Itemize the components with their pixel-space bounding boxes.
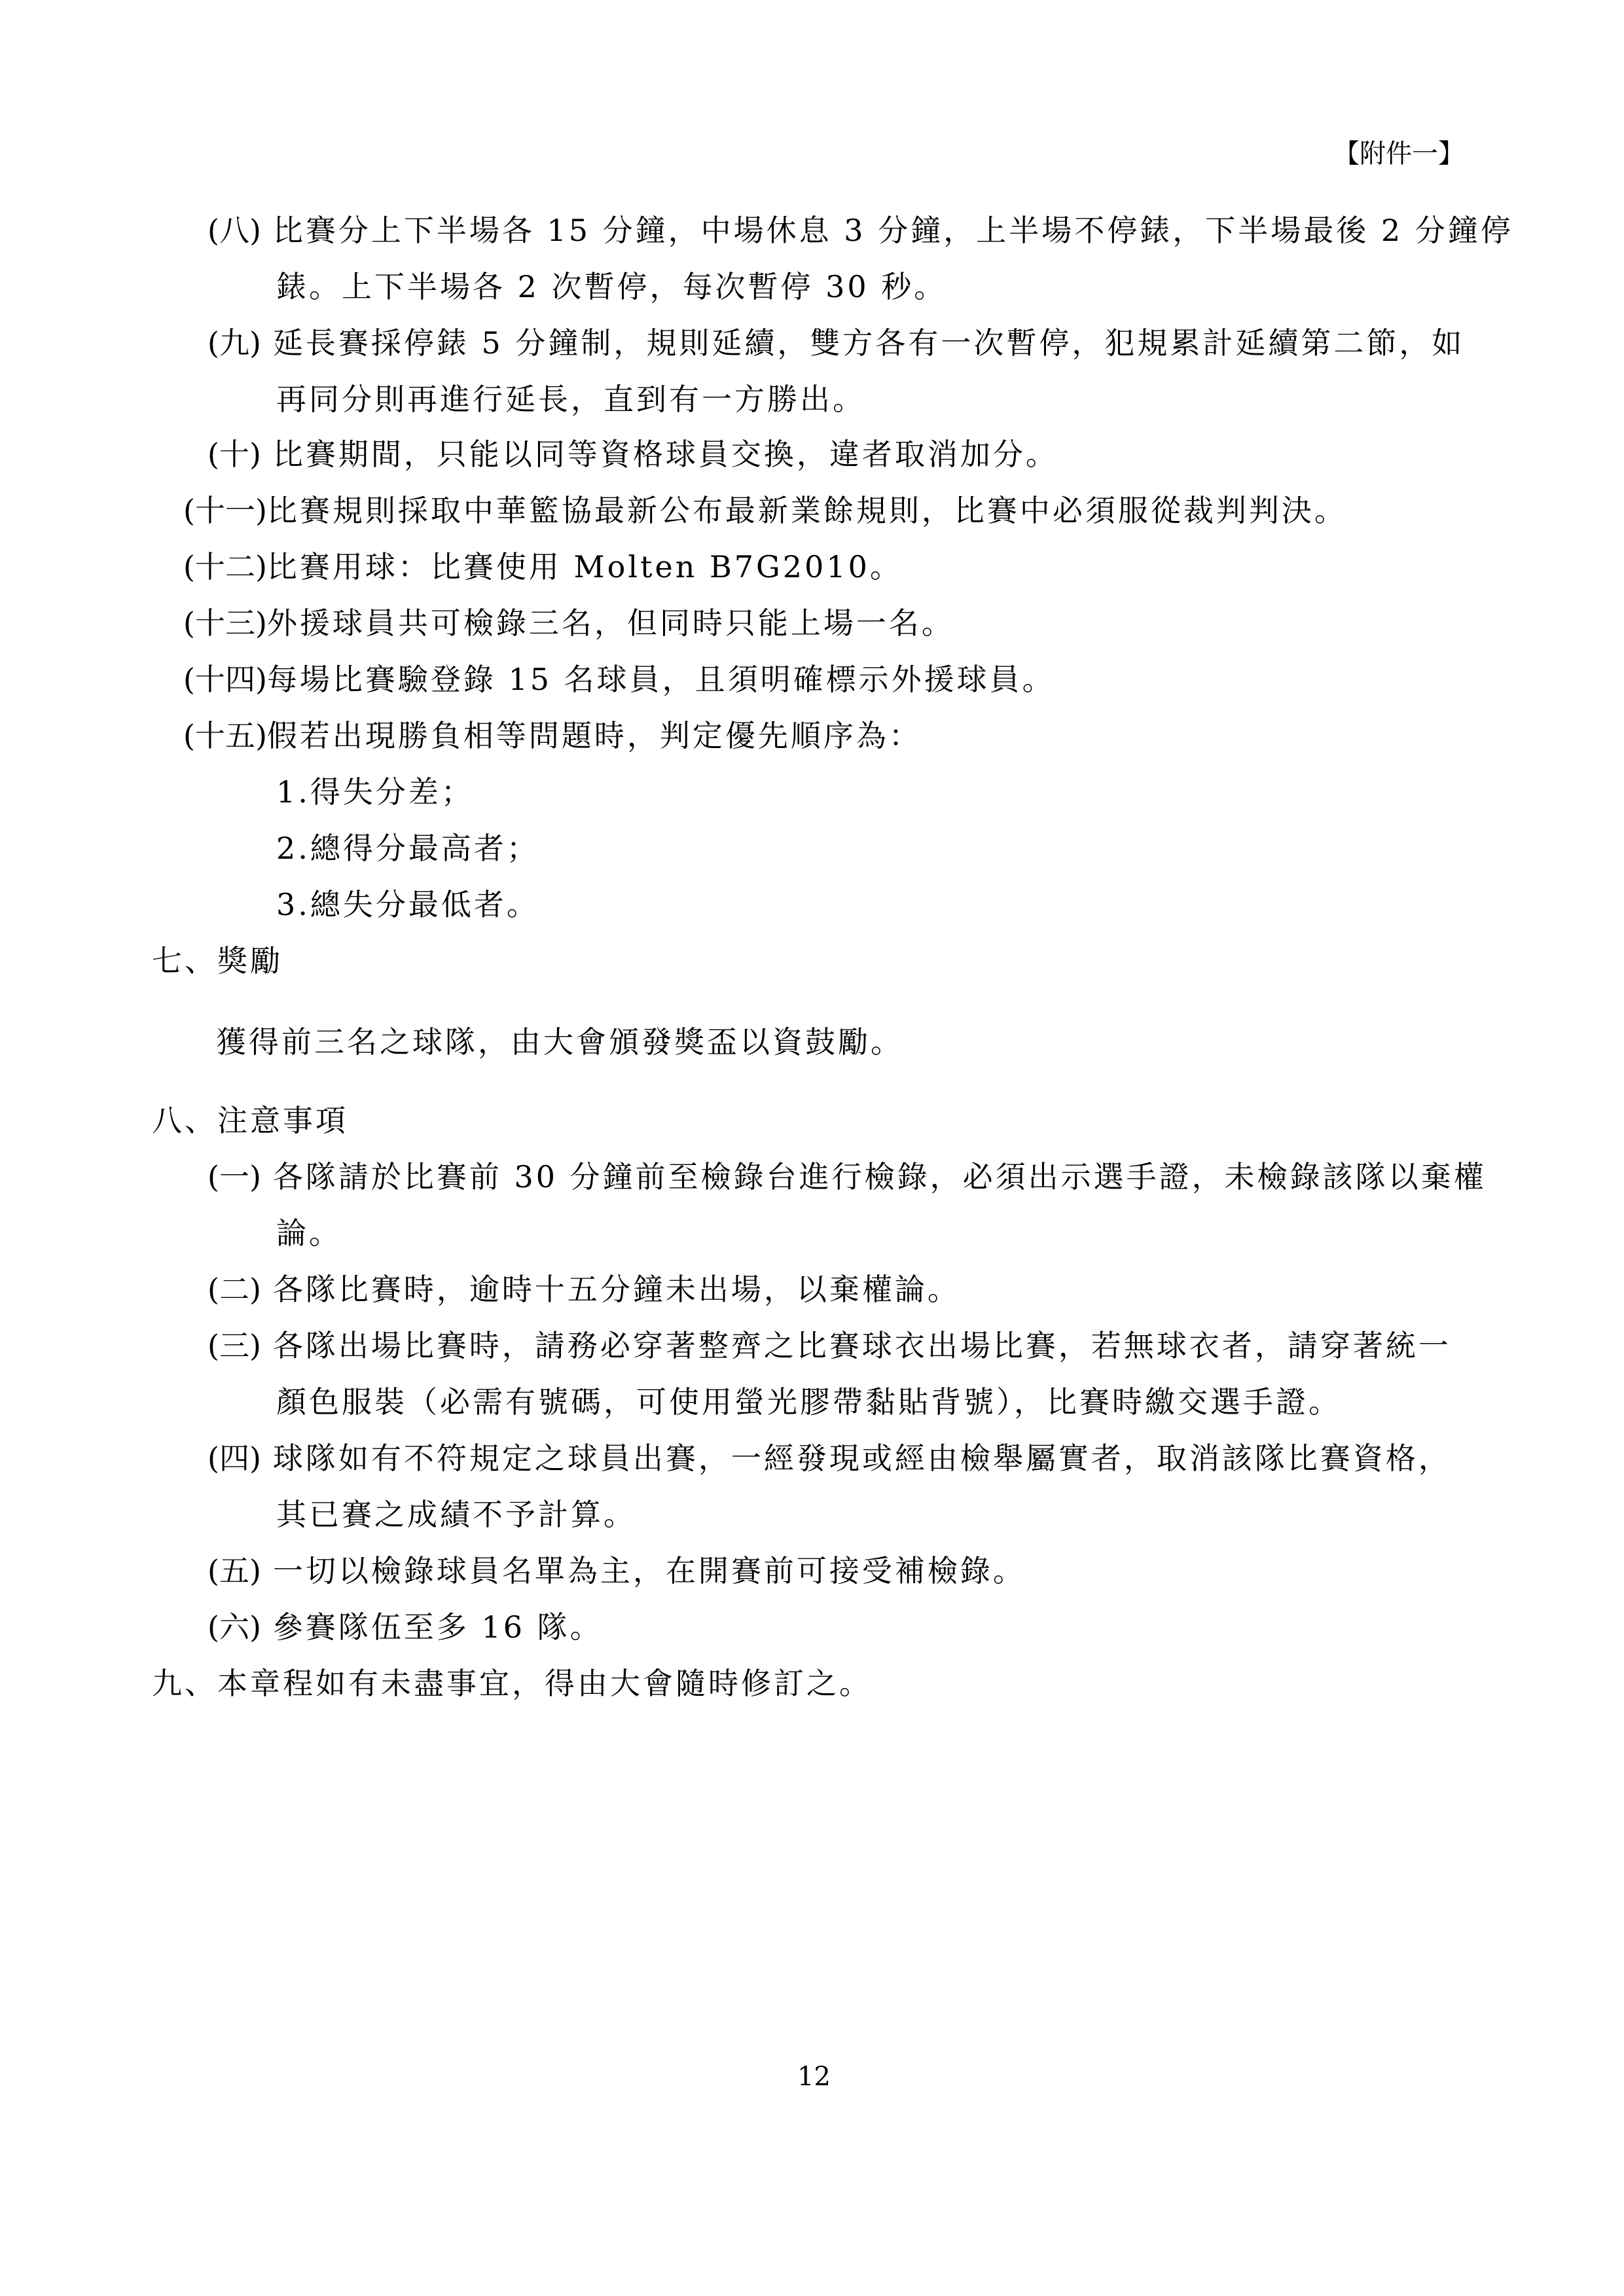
item-marker: (十一) xyxy=(183,491,267,530)
item-text: 球隊如有不符規定之球員出賽，一經發現或經由檢舉屬實者，取消該隊比賽資格， xyxy=(273,1441,1451,1476)
tiebreaker-1: 1.得失分差； xyxy=(276,772,474,812)
section-7-body: 獲得前三名之球隊，由大會頒發獎盃以資鼓勵。 xyxy=(216,1022,903,1062)
tiebreaker-3: 3.總失分最低者。 xyxy=(276,885,539,924)
rule-item-10: (十)比賽期間，只能以同等資格球員交換，違者取消加分。 xyxy=(208,435,1058,474)
notice-item-2: (二)各隊比賽時，逾時十五分鐘未出場，以棄權論。 xyxy=(208,1270,960,1309)
notice-item-4: (四)球隊如有不符規定之球員出賽，一經發現或經由檢舉屬實者，取消該隊比賽資格， xyxy=(208,1439,1451,1478)
item-marker: (四) xyxy=(208,1439,261,1478)
item-text: 比賽規則採取中華籃協最新公布最新業餘規則，比賽中必須服從裁判判決。 xyxy=(267,493,1347,528)
item-text: 各隊出場比賽時，請務必穿著整齊之比賽球衣出場比賽，若無球衣者，請穿著統一 xyxy=(273,1328,1451,1363)
item-marker: (八) xyxy=(208,211,261,250)
item-marker: (十) xyxy=(208,435,261,474)
section-8-heading: 八、注意事項 xyxy=(152,1101,348,1140)
item-text: 比賽用球：比賽使用 Molten B7G2010。 xyxy=(267,549,903,584)
item-marker: (五) xyxy=(208,1551,261,1590)
item-text: 比賽分上下半場各 15 分鐘，中場休息 3 分鐘，上半場不停錶，下半場最後 2 … xyxy=(273,213,1513,248)
notice-item-6: (六)參賽隊伍至多 16 隊。 xyxy=(208,1607,603,1647)
rule-item-11: (十一)比賽規則採取中華籃協最新公布最新業餘規則，比賽中必須服從裁判判決。 xyxy=(183,491,1347,530)
section-7-heading: 七、獎勵 xyxy=(152,941,283,980)
item-marker: (十四) xyxy=(183,660,267,699)
item-text: 每場比賽驗登錄 15 名球員，且須明確標示外援球員。 xyxy=(267,662,1055,697)
notice-item-5: (五)一切以檢錄球員名單為主，在開賽前可接受補檢錄。 xyxy=(208,1551,1026,1590)
item-marker: (一) xyxy=(208,1157,261,1196)
item-marker: (九) xyxy=(208,323,261,363)
item-marker: (十三) xyxy=(183,603,267,643)
attachment-label: 【附件一】 xyxy=(1333,134,1464,173)
item-marker: (六) xyxy=(208,1607,261,1647)
section-9-text: 九、本章程如有未盡事宜，得由大會隨時修訂之。 xyxy=(152,1664,872,1703)
rule-item-12: (十二)比賽用球：比賽使用 Molten B7G2010。 xyxy=(183,547,903,586)
page-number: 12 xyxy=(797,2058,831,2095)
rule-item-8-continuation: 錶。上下半場各 2 次暫停，每次暫停 30 秒。 xyxy=(276,267,947,306)
item-text: 參賽隊伍至多 16 隊。 xyxy=(273,1609,603,1645)
item-text: 一切以檢錄球員名單為主，在開賽前可接受補檢錄。 xyxy=(273,1553,1026,1588)
tiebreaker-2: 2.總得分最高者； xyxy=(276,829,539,868)
notice-item-1: (一)各隊請於比賽前 30 分鐘前至檢錄台進行檢錄，必須出示選手證，未檢錄該隊以… xyxy=(208,1157,1487,1196)
notice-item-3: (三)各隊出場比賽時，請務必穿著整齊之比賽球衣出場比賽，若無球衣者，請穿著統一 xyxy=(208,1326,1451,1365)
item-text: 外援球員共可檢錄三名，但同時只能上場一名。 xyxy=(267,605,954,641)
item-text: 延長賽採停錶 5 分鐘制，規則延續，雙方各有一次暫停，犯規累計延續第二節，如 xyxy=(273,325,1465,361)
notice-item-3-continuation: 顏色服裝（必需有號碼，可使用螢光膠帶黏貼背號），比賽時繳交選手證。 xyxy=(276,1382,1341,1422)
item-text: 各隊請於比賽前 30 分鐘前至檢錄台進行檢錄，必須出示選手證，未檢錄該隊以棄權 xyxy=(273,1159,1487,1194)
rule-item-14: (十四)每場比賽驗登錄 15 名球員，且須明確標示外援球員。 xyxy=(183,660,1055,699)
item-text: 假若出現勝負相等問題時，判定優先順序為： xyxy=(267,718,922,753)
item-marker: (十五) xyxy=(183,716,267,755)
rule-item-8: (八)比賽分上下半場各 15 分鐘，中場休息 3 分鐘，上半場不停錶，下半場最後… xyxy=(208,211,1513,250)
rule-item-13: (十三)外援球員共可檢錄三名，但同時只能上場一名。 xyxy=(183,603,954,643)
item-marker: (十二) xyxy=(183,547,267,586)
rule-item-15: (十五)假若出現勝負相等問題時，判定優先順序為： xyxy=(183,716,922,755)
rule-item-9: (九)延長賽採停錶 5 分鐘制，規則延續，雙方各有一次暫停，犯規累計延續第二節，… xyxy=(208,323,1464,363)
notice-item-1-continuation: 論。 xyxy=(276,1213,342,1253)
notice-item-4-continuation: 其已賽之成績不予計算。 xyxy=(276,1495,636,1534)
rule-item-9-continuation: 再同分則再進行延長，直到有一方勝出。 xyxy=(276,380,865,419)
item-marker: (三) xyxy=(208,1326,261,1365)
item-text: 各隊比賽時，逾時十五分鐘未出場，以棄權論。 xyxy=(273,1272,960,1307)
item-marker: (二) xyxy=(208,1270,261,1309)
item-text: 比賽期間，只能以同等資格球員交換，違者取消加分。 xyxy=(273,437,1058,472)
